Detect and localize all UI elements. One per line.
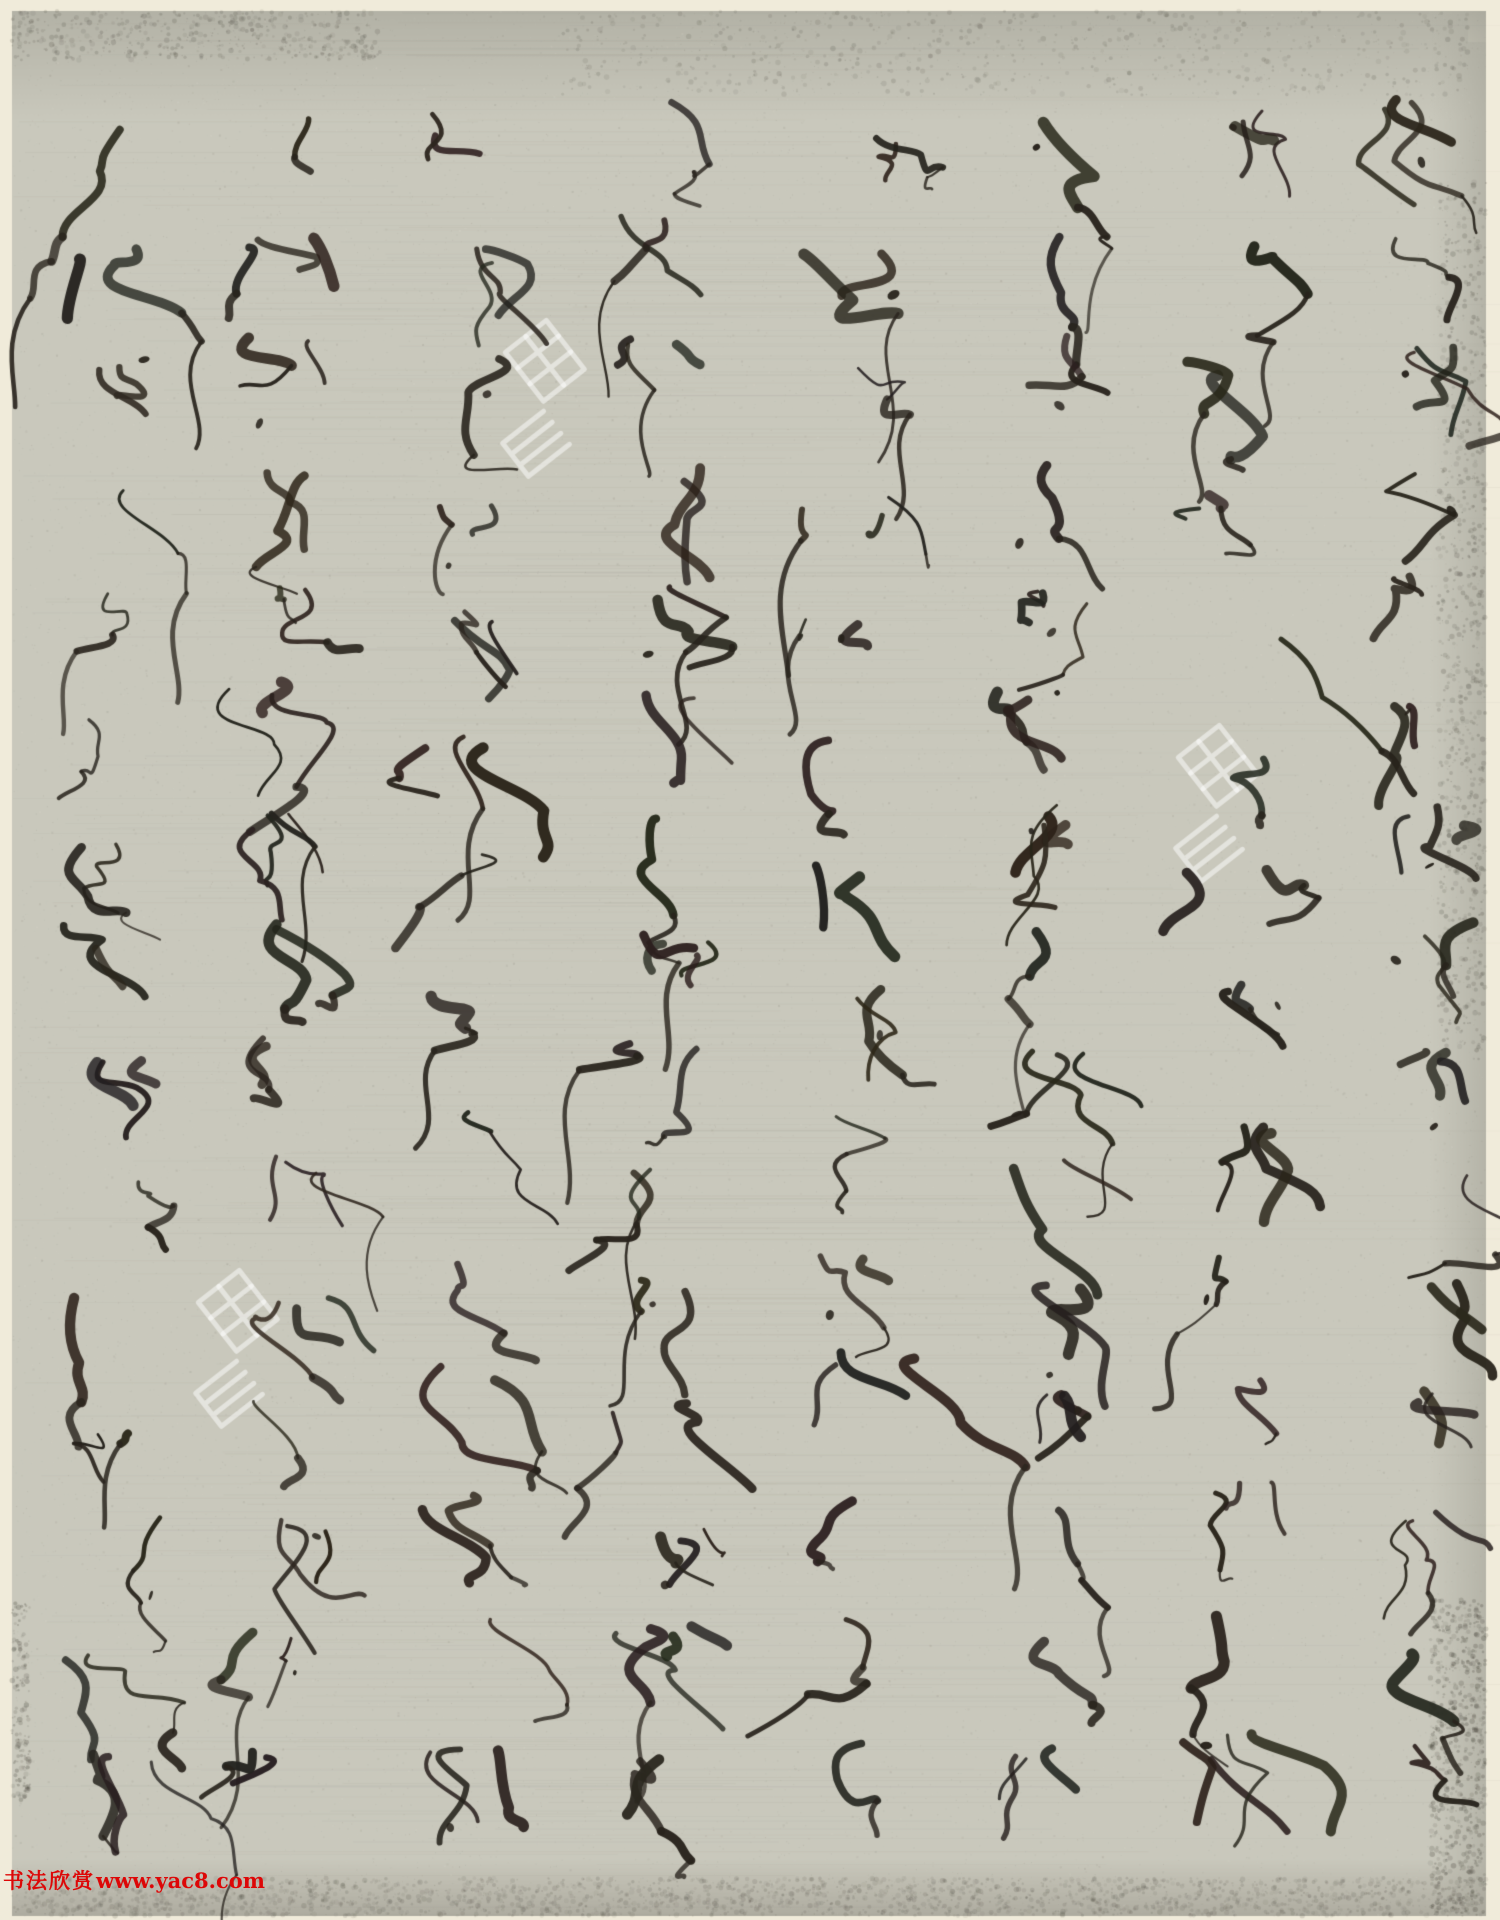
calligraphy-scan: 书法欣赏www.yac8.com — [0, 0, 1500, 1920]
calligraphy-canvas — [0, 0, 1500, 1920]
